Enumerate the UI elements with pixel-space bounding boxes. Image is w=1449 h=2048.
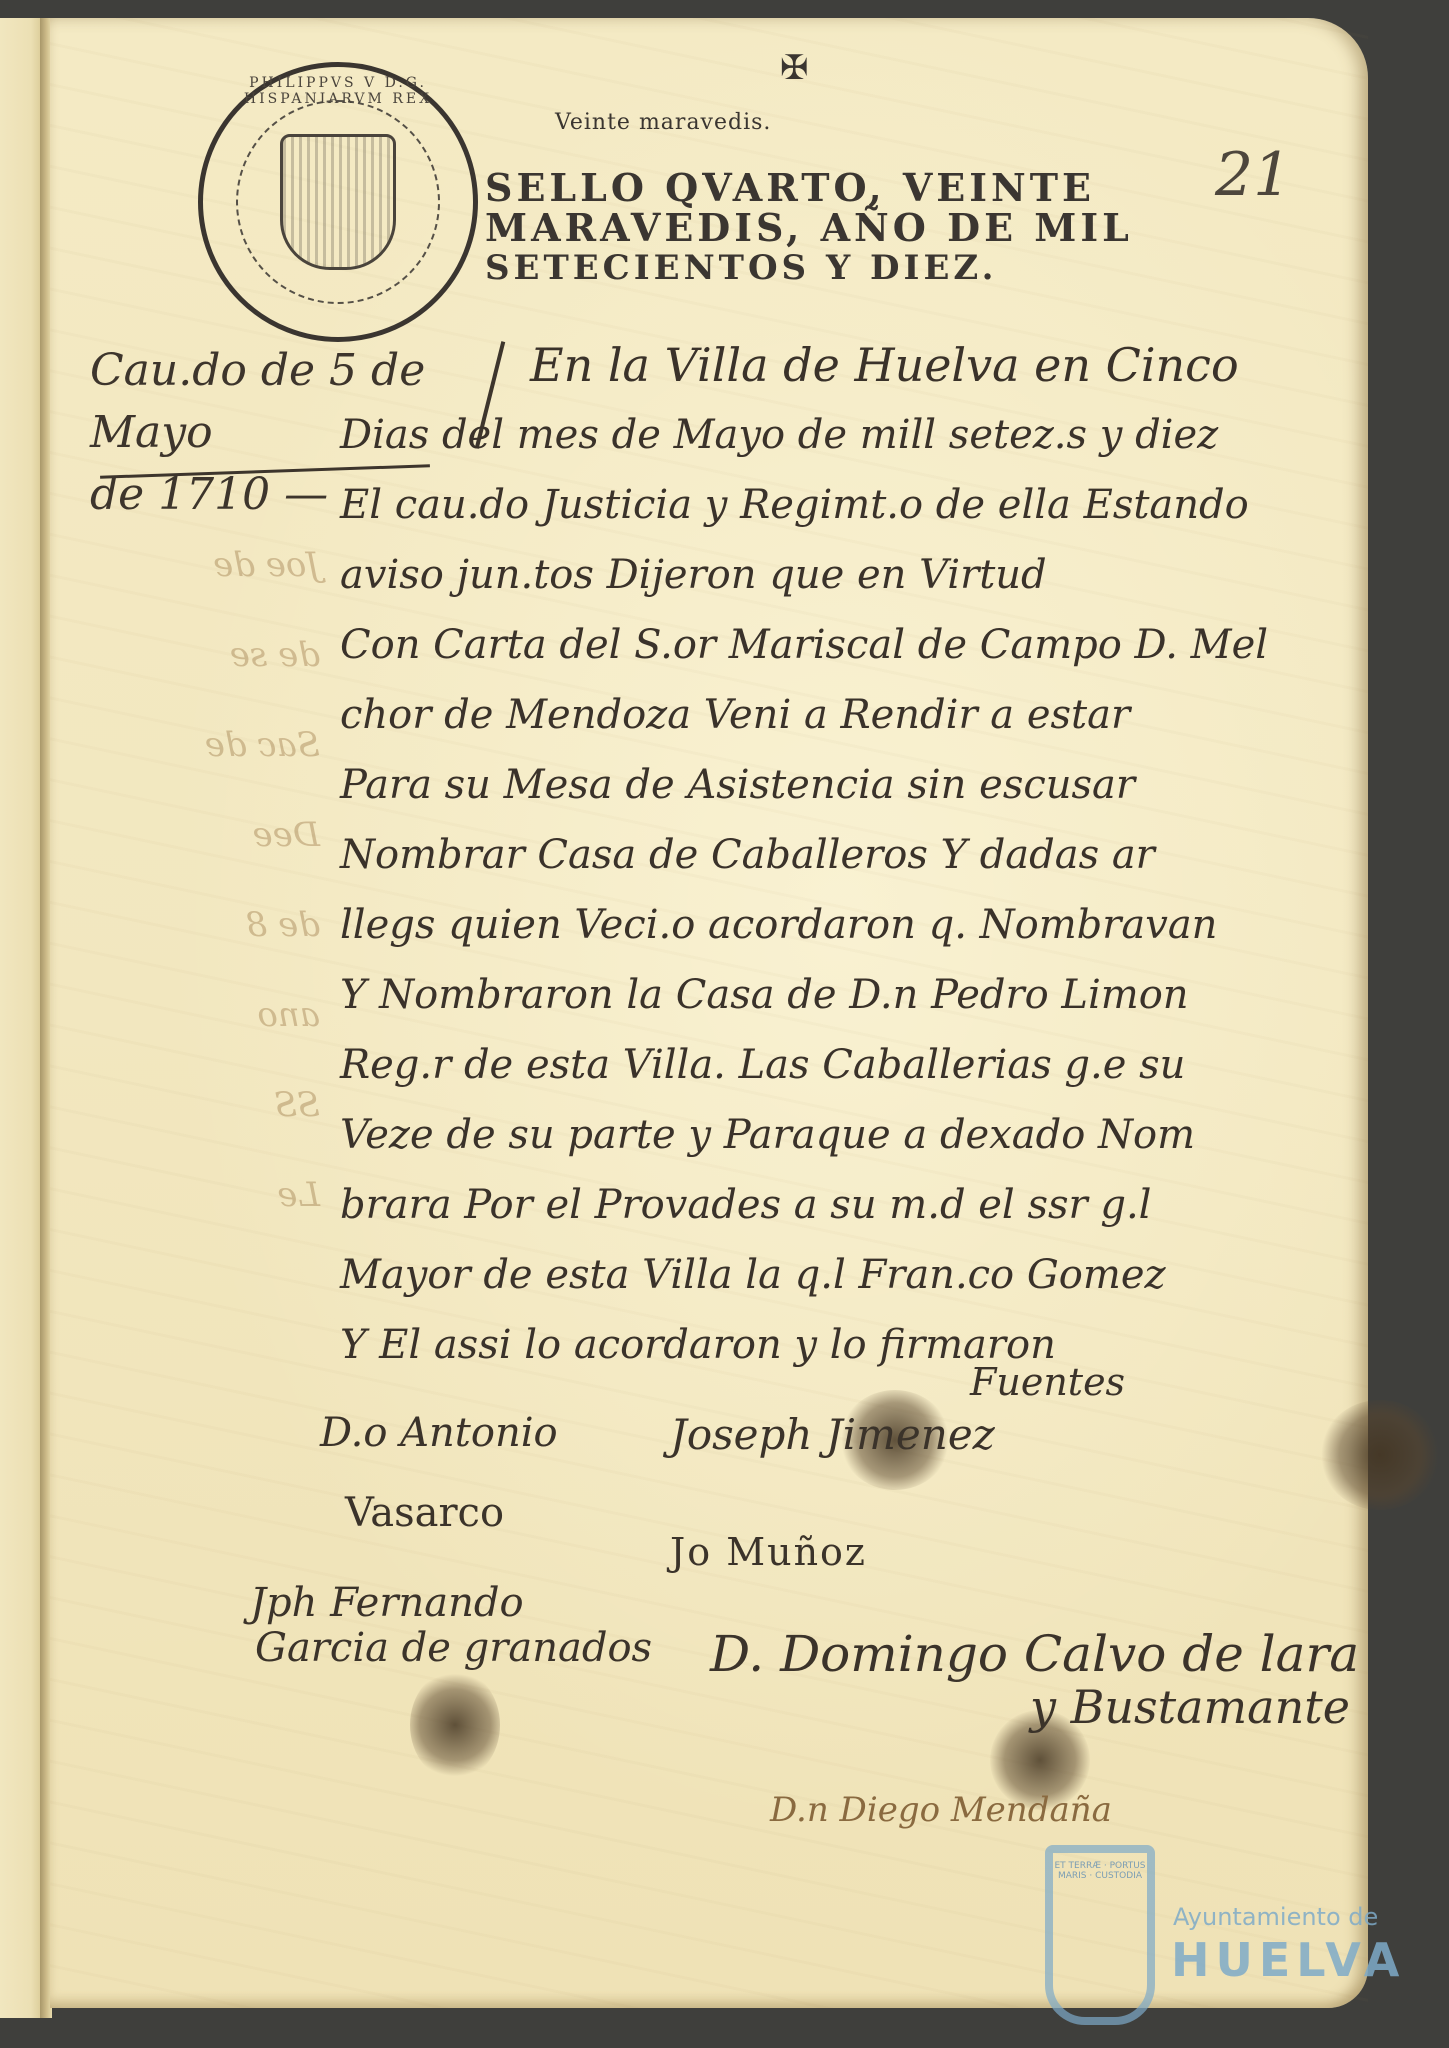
signature: Jo Muñoz bbox=[670, 1530, 867, 1574]
manuscript-body: En la Villa de Huelva en Cinco Dias del … bbox=[340, 330, 1360, 1380]
archive-watermark: ET TERRÆ · PORTUS MARIS · CUSTODIA Ayunt… bbox=[1035, 1835, 1415, 2035]
stamp-line-1: SELLO QVARTO, VEINTE bbox=[485, 168, 1155, 208]
body-line: Reg.r de esta Villa. Las Caballerias g.e… bbox=[340, 1030, 1360, 1100]
body-line: brara Por el Provades a su m.d el ssr g.… bbox=[340, 1170, 1360, 1240]
signature: D.o Antonio bbox=[320, 1410, 558, 1456]
watermark-line-1: Ayuntamiento de bbox=[1173, 1903, 1378, 1931]
stamp-line-3: SETECIENTOS Y DIEZ. bbox=[485, 248, 1155, 288]
shield-motto: ET TERRÆ · PORTUS MARIS · CUSTODIA bbox=[1053, 1861, 1147, 1881]
body-line: Y Nombraron la Casa de D.n Pedro Limon bbox=[340, 960, 1360, 1030]
signature: Fuentes bbox=[970, 1360, 1125, 1404]
stamp-price-text: Veinte maravedis. bbox=[555, 110, 771, 135]
body-line: Dias del mes de Mayo de mill setez.s y d… bbox=[340, 400, 1360, 470]
signature: Garcia de granados bbox=[255, 1625, 652, 1671]
huelva-coat-of-arms-icon: ET TERRÆ · PORTUS MARIS · CUSTODIA bbox=[1045, 1845, 1155, 2025]
signature: y Bustamante bbox=[1030, 1680, 1350, 1734]
signature: D.n Diego Mendaña bbox=[770, 1790, 1112, 1830]
body-line: Mayor de esta Villa la q.l Fran.co Gomez bbox=[340, 1240, 1360, 1310]
stamp-line-2: MARAVEDIS, AÑO DE MIL bbox=[485, 208, 1155, 248]
royal-seal-icon bbox=[280, 134, 396, 270]
body-line: Veze de su parte y Paraque a dexado Nom bbox=[340, 1100, 1360, 1170]
folio-number: 21 bbox=[1215, 140, 1291, 210]
body-line: Para su Mesa de Asistencia sin escusar bbox=[340, 750, 1360, 820]
seal-inner-ring bbox=[236, 100, 440, 304]
body-line: chor de Mendoza Veni a Rendir a estar bbox=[340, 680, 1360, 750]
body-line: llegs quien Veci.o acordaron q. Nombrava… bbox=[340, 890, 1360, 960]
body-line: aviso jun.tos Dijeron que en Virtud bbox=[340, 540, 1360, 610]
signature: D. Domingo Calvo de lara bbox=[710, 1625, 1359, 1683]
ink-blot bbox=[1320, 1400, 1440, 1510]
signature: Jph Fernando bbox=[250, 1580, 524, 1626]
stamped-paper-header: SELLO QVARTO, VEINTE MARAVEDIS, AÑO DE M… bbox=[485, 168, 1155, 288]
royal-seal: PHILIPPVS V D.G. HISPANIARVM REX bbox=[198, 62, 478, 342]
body-line: En la Villa de Huelva en Cinco bbox=[340, 330, 1360, 400]
previous-leaf-edge bbox=[0, 18, 44, 2018]
signature: Vasarco bbox=[345, 1490, 504, 1536]
ink-blot bbox=[410, 1670, 500, 1780]
body-line: Con Carta del S.or Mariscal de Campo D. … bbox=[340, 610, 1360, 680]
signature: Joseph Jimenez bbox=[670, 1410, 995, 1459]
cross-icon: ✠ bbox=[780, 48, 809, 88]
body-line: Nombrar Casa de Caballeros Y dadas ar bbox=[340, 820, 1360, 890]
watermark-line-2: HUELVA bbox=[1171, 1933, 1405, 1987]
bleed-through-text: Joe dede seSac deDeede 8anoSSLe bbox=[120, 520, 320, 1320]
seal-legend: PHILIPPVS V D.G. HISPANIARVM REX bbox=[203, 75, 473, 107]
body-line: El cau.do Justicia y Regimt.o de ella Es… bbox=[340, 470, 1360, 540]
